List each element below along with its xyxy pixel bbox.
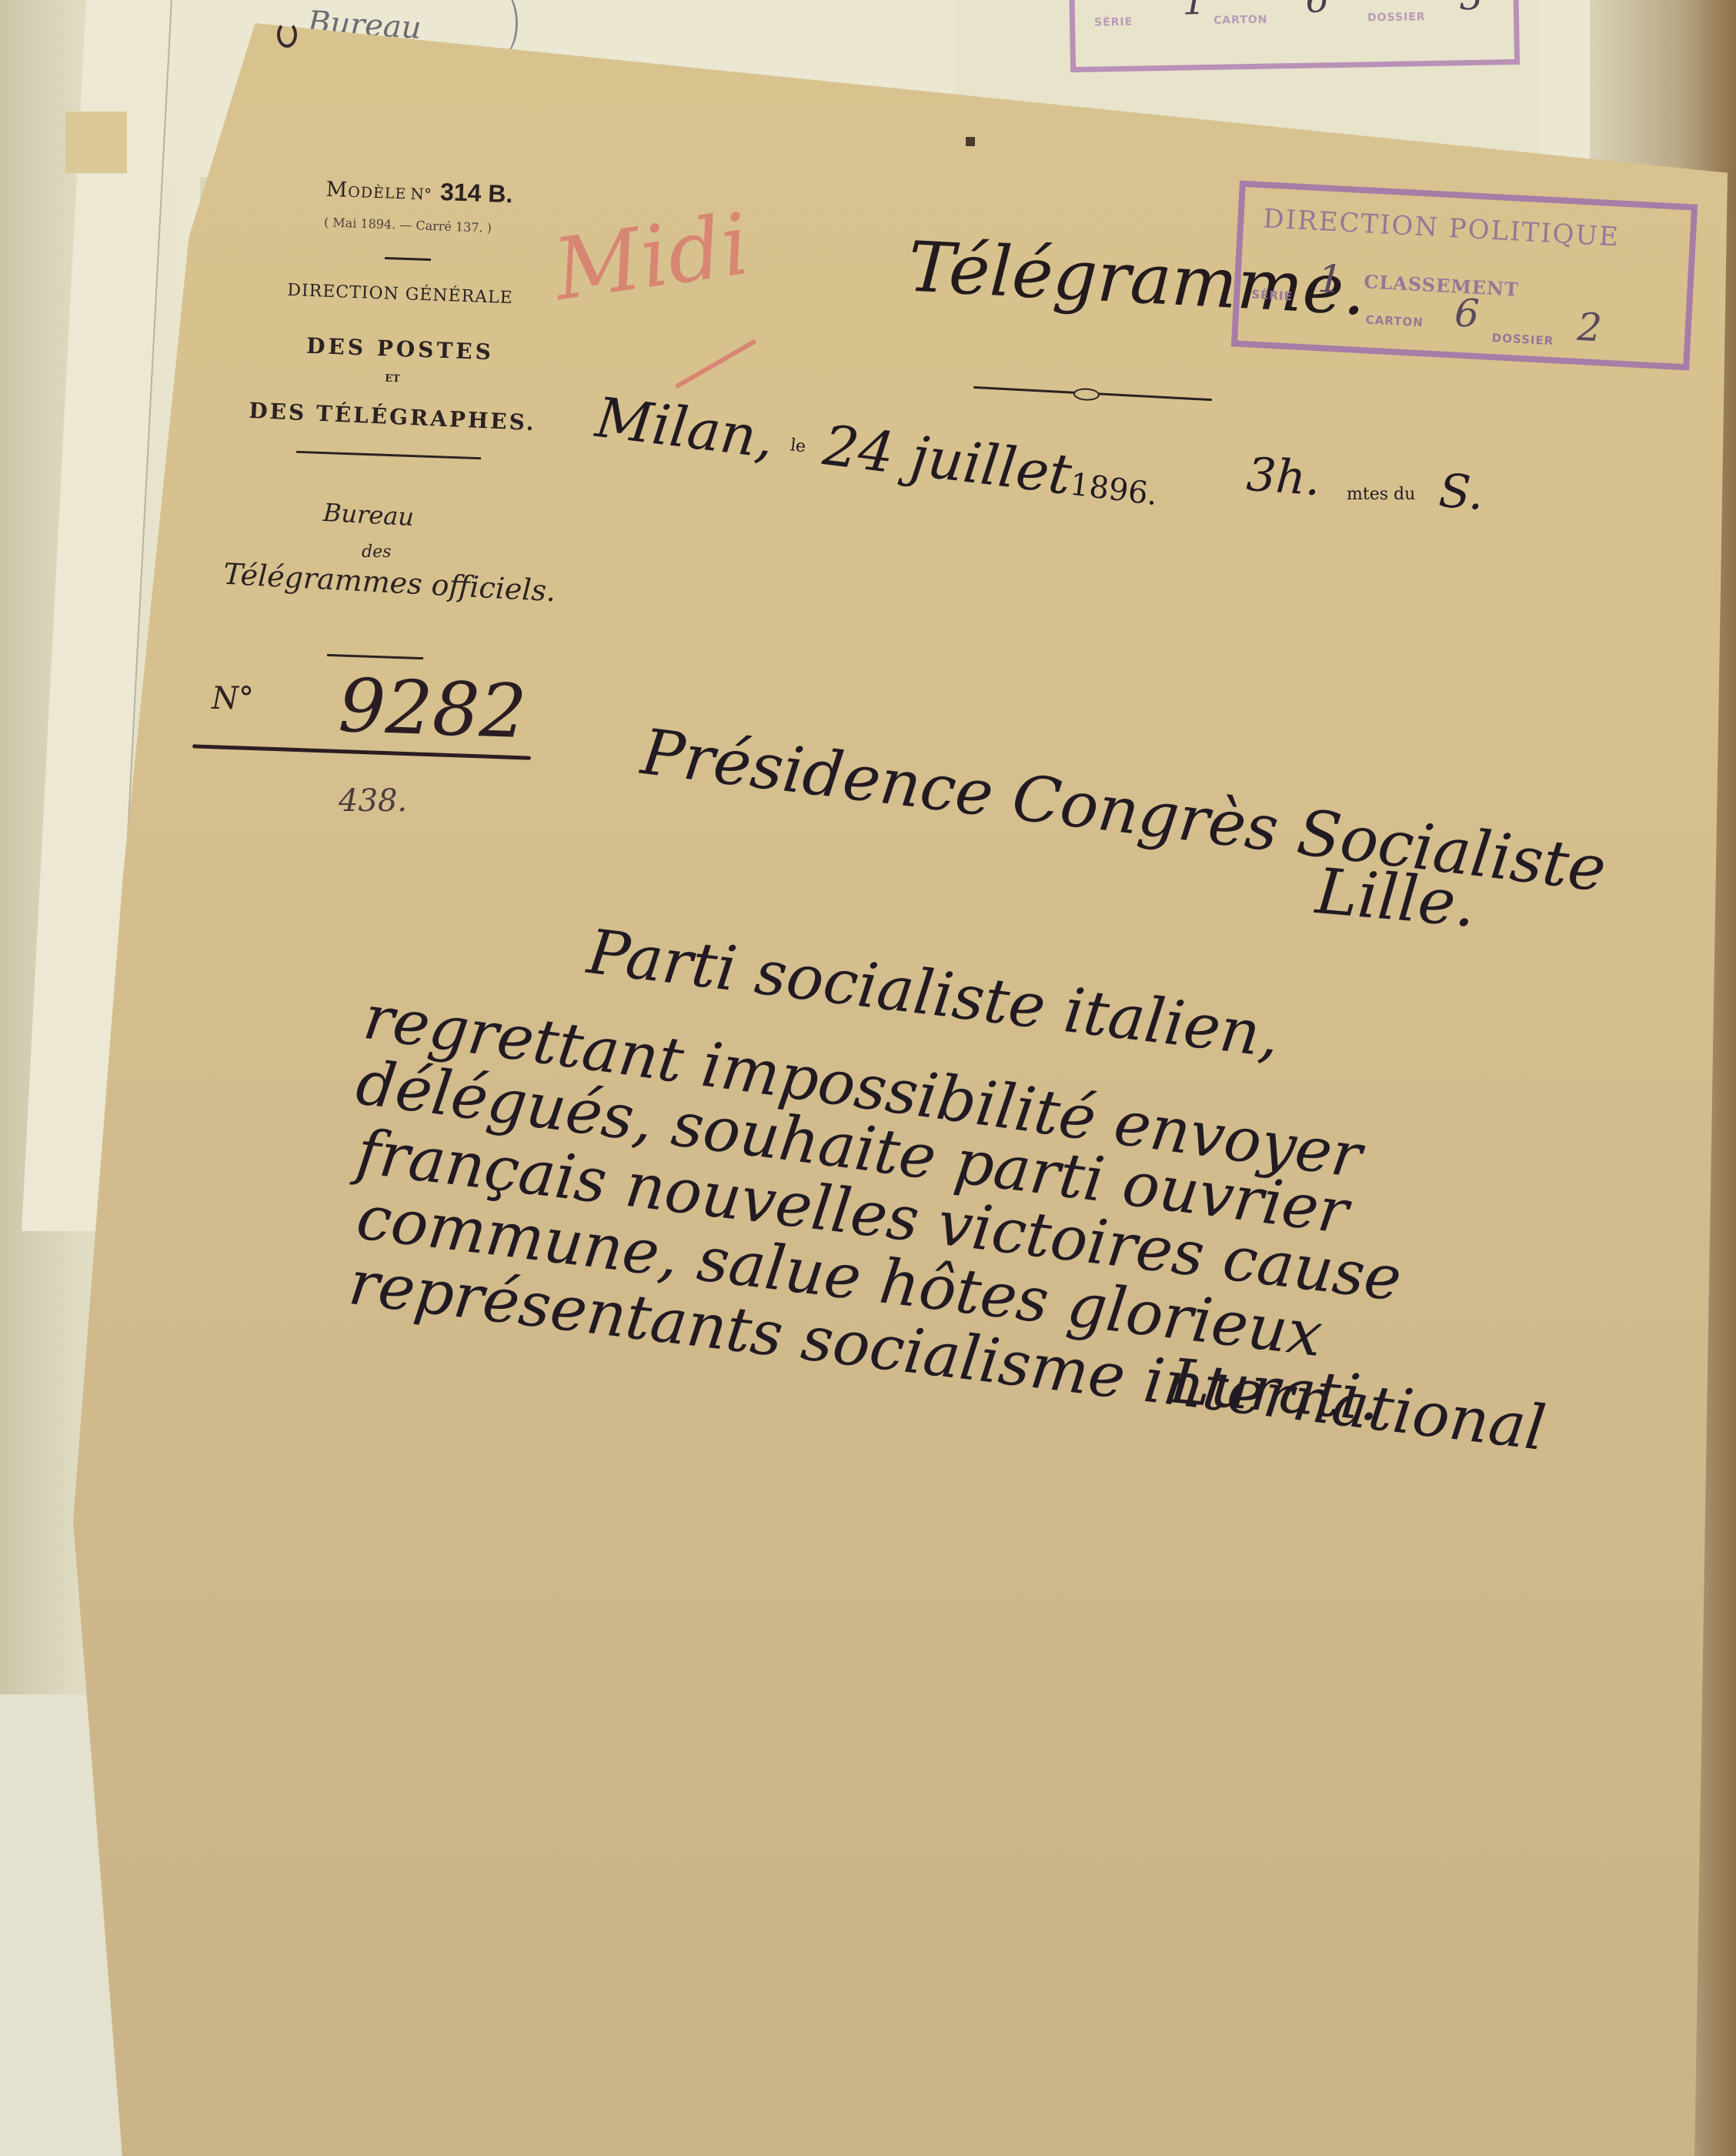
red-pencil-stroke: [675, 339, 757, 389]
origin-minutes-label: mtes du: [1347, 485, 1415, 504]
direction-line-1: DIRECTION GÉNÉRALE: [262, 280, 539, 309]
origin-day-month: 24 juillet: [820, 412, 1075, 507]
telegram-content: Modèle N° 314 B. ( Mai 1894. — Carré 137…: [0, 0, 1736, 2156]
divider: [296, 451, 481, 459]
origin-place-date: Milan, le 24 juillet1896.: [593, 385, 1163, 518]
divider: [327, 654, 423, 659]
red-pencil-annotation: Midi: [548, 195, 755, 319]
stamp-title: DIRECTION POLITIQUE: [1262, 203, 1620, 252]
stamp-dossier-value: 2: [1576, 305, 1603, 351]
direction-line-3: DES TÉLÉGRAPHES.: [230, 397, 554, 436]
bureau-des: des: [362, 542, 391, 562]
origin-year: 896.: [1087, 469, 1160, 513]
direction-et: ET: [369, 372, 416, 385]
origin-hour: 3h.: [1245, 448, 1323, 507]
stamp-carton-value: 6: [1454, 290, 1481, 336]
recipient-line-2: Lille.: [1313, 855, 1478, 942]
origin-place: Milan,: [593, 385, 777, 471]
bureau-telegrammes-officiels: Télégrammes officiels.: [222, 557, 556, 609]
direction-line-2: DES POSTES: [285, 332, 516, 365]
stamp-serie-label: SÉRIE: [1251, 288, 1293, 304]
model-number: Modèle N° 314 B.: [295, 172, 542, 209]
number-label: N°: [212, 681, 254, 716]
bureau-label: Bureau: [322, 498, 415, 532]
stamp-serie-value: 1: [1317, 256, 1344, 302]
stamp-dossier-label: DOSSIER: [1491, 331, 1554, 348]
pin-mark: [966, 137, 975, 146]
telegram-number: 9282: [337, 662, 528, 755]
origin-le: le: [790, 436, 807, 456]
divider: [385, 257, 431, 261]
title-flourish: [973, 386, 1212, 401]
binder-hole-icon: [277, 22, 297, 48]
classification-stamp: DIRECTION POLITIQUE SÉRIE 1 CLASSEMENT C…: [1231, 181, 1698, 371]
origin-period: S.: [1437, 464, 1486, 521]
stamp-carton-label: CARTON: [1365, 312, 1424, 329]
stamp-classement: CLASSEMENT: [1364, 270, 1520, 301]
telegram-sub-number: 438.: [339, 783, 407, 819]
model-subtitle: ( Mai 1894. — Carré 137. ): [292, 214, 523, 236]
